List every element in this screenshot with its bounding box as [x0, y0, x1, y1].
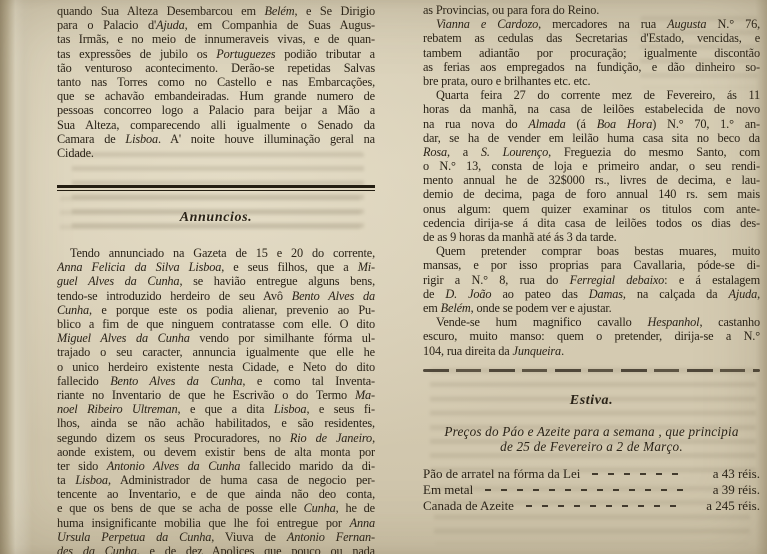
text-line: tas Irmãs, e no meio de innumeraveis viv…	[57, 32, 375, 46]
price-row: Em metala 39 réis.	[423, 482, 760, 498]
text-line: que se achavão embandeiradas. Hum grande…	[57, 89, 375, 103]
text-line: quando Sua Alteza Desembarcou em Belém, …	[57, 4, 375, 18]
text-line: e que os bens de que se acha de posse el…	[57, 501, 375, 515]
text-line: tambem adiantão por procuração; igualmen…	[423, 46, 760, 60]
text-line: lhos, ainda se não achão habilitados, e …	[57, 416, 375, 430]
text-line: horas da manhã, na casa de leilões estab…	[423, 102, 760, 116]
price-intro: Preços do Páo e Azeite para a semana , q…	[423, 424, 760, 454]
price-leader-dashes	[526, 505, 683, 507]
text-line: 104, rua direita da Junqueira.	[423, 344, 760, 358]
text-line: tanto nas Torres como no Castello e nas …	[57, 75, 375, 89]
text-line: onus algum: quem quizer examinar os titu…	[423, 202, 760, 216]
text-line: tão venturoso acontecimento. Derão-se re…	[57, 61, 375, 75]
paragraph: Quarta feira 27 do corrente mez de Fever…	[423, 88, 760, 244]
text-line: Quem pretender comprar boas bestas muare…	[423, 244, 760, 258]
text-line: fallecido Bento Alves da Cunha, e como t…	[57, 374, 375, 388]
paragraph: quando Sua Alteza Desembarcou em Belém, …	[57, 4, 375, 160]
text-line: Vende-se hum magnifico cavallo Hespanhol…	[423, 315, 760, 329]
price-leader-dashes	[485, 489, 683, 491]
text-line: de as 9 horas da manhã até ás 3 da tarde…	[423, 230, 760, 244]
price-label: Em metal	[423, 482, 473, 498]
text-line: blico a fim de que ninguem contratasse c…	[57, 317, 375, 331]
price-row: Pão de arratel na fórma da Leia 43 réis.	[423, 466, 760, 482]
text-line: escuro, muito manso: quem o pretender, d…	[423, 329, 760, 343]
text-line: o N.° 13, consta de loja e primeiro anda…	[423, 159, 760, 173]
text-line: bre prata, ouro e brilhantes etc. etc.	[423, 74, 760, 88]
price-amount: a 39	[693, 482, 735, 498]
text-line: rebatem as cedulas das Secretarias d'Est…	[423, 31, 760, 45]
text-line: aonde existem, ou devem existir bens de …	[57, 445, 375, 459]
paragraph: Tendo annunciado na Gazeta de 15 e 20 do…	[57, 246, 375, 554]
text-line: Miguel Alves da Cunha vendo por similhan…	[57, 331, 375, 345]
price-row: Canada de Azeitea 245 réis.	[423, 498, 760, 514]
price-leader-dashes	[592, 473, 682, 475]
price-amount: a 245	[693, 498, 735, 514]
text-line: Rosa, a S. Lourenço, Freguezia do mesmo …	[423, 145, 760, 159]
price-unit: réis.	[735, 466, 760, 482]
newspaper-page-scan: quando Sua Alteza Desembarcou em Belém, …	[0, 0, 767, 554]
text-line: as Provincias, ou para fora do Reino.	[423, 3, 760, 17]
text-line: ter sido Antonio Alves da Cunha fallecid…	[57, 459, 375, 473]
text-line: tendo-se introduzido herdeiro de seu Avô…	[57, 289, 375, 303]
price-label: Pão de arratel na fórma da Lei	[423, 466, 580, 482]
text-line: Preços do Páo e Azeite para a semana , q…	[423, 424, 760, 439]
text-line: Cidade.	[57, 146, 375, 160]
text-line: Camara de Lisboa. A' noite houve illumin…	[57, 132, 375, 146]
price-label: Canada de Azeite	[423, 498, 514, 514]
text-line: mento annual he de 32$000 rs., livres de…	[423, 173, 760, 187]
text-line: Vianna e Cardozo, mercadores na rua Augu…	[423, 17, 760, 31]
price-unit: réis.	[735, 498, 760, 514]
text-line: rigir a N.° 8, rua do Ferregial debaixo:…	[423, 273, 760, 287]
text-line: segundo dizem os seus Procuradores, no R…	[57, 431, 375, 445]
estiva-divider-dashed-rule	[423, 369, 760, 372]
text-line: em Belém, onde se podem ver e ajustar.	[423, 301, 760, 315]
paragraph: Vianna e Cardozo, mercadores na rua Augu…	[423, 17, 760, 88]
text-line: de 25 de Fevereiro a 2 de Março.	[423, 439, 760, 454]
paragraph: as Provincias, ou para fora do Reino.	[423, 3, 760, 17]
text-line: tas expressões de jubilo os Portuguezes …	[57, 47, 375, 61]
text-line: huma insignificante mobilia que lhe foi …	[57, 516, 375, 530]
page-gutter-edge	[0, 0, 32, 554]
right-column: as Provincias, ou para fora do Reino.Via…	[423, 3, 760, 514]
paragraph: Vende-se hum magnifico cavallo Hespanhol…	[423, 315, 760, 358]
text-line: de D. João ao pateo das Damas, na calçad…	[423, 287, 760, 301]
text-line: Tendo annunciado na Gazeta de 15 e 20 do…	[57, 246, 375, 260]
text-line: cedencia dirija-se á dita casa de leilõe…	[423, 216, 760, 230]
text-line: mansas, e por isso proprias para Cavalla…	[423, 258, 760, 272]
price-unit: réis.	[735, 482, 760, 498]
text-line: Quarta feira 27 do corrente mez de Fever…	[423, 88, 760, 102]
annuncios-heading: Annuncios.	[57, 209, 375, 226]
text-line: para o Palacio d'Ajuda, em Companhia de …	[57, 18, 375, 32]
text-line: o unico herdeiro existente nesta Cidade,…	[57, 360, 375, 374]
paragraph: Quem pretender comprar boas bestas muare…	[423, 244, 760, 315]
text-line: ta Lisboa, Administrador de huma casa de…	[57, 473, 375, 487]
text-line: dar, se ha de vender em leilão huma casa…	[423, 131, 760, 145]
text-line: Anna Felicia da Silva Lisboa, e seus fil…	[57, 260, 375, 274]
text-line: as ferias aos empregados na fundição, e …	[423, 60, 760, 74]
text-line: noel Ribeiro Ultreman, e que a dita Lisb…	[57, 402, 375, 416]
text-line: demio de decima, paga de foro annual 140…	[423, 187, 760, 201]
text-line: Ursula Perpetua da Cunha, Viuva de Anton…	[57, 530, 375, 544]
section-divider-double-rule	[57, 185, 375, 191]
text-line: des da Cunha, e de dez Apolices que pouc…	[57, 544, 375, 554]
text-line: na rua nova do Almada (á Boa Hora) N.° 7…	[423, 117, 760, 131]
price-amount: a 43	[693, 466, 735, 482]
text-line: Cunha, e porque este os podia alienar, p…	[57, 303, 375, 317]
price-table: Pão de arratel na fórma da Leia 43 réis.…	[423, 466, 760, 515]
left-column: quando Sua Alteza Desembarcou em Belém, …	[57, 4, 375, 554]
text-line: riante no Inventario de que he Escrivão …	[57, 388, 375, 402]
text-line: trajado o seu caracter, annuncia igualme…	[57, 345, 375, 359]
estiva-heading: Estiva.	[423, 392, 760, 409]
text-line: Sua Alteza, comparecendo alli igualmente…	[57, 118, 375, 132]
text-line: tencente ao Inventario, e de que ainda n…	[57, 487, 375, 501]
text-line: pessoas concorreo logo a Palacio para be…	[57, 103, 375, 117]
text-line: guel Alves da Cunha, se havião entregue …	[57, 274, 375, 288]
